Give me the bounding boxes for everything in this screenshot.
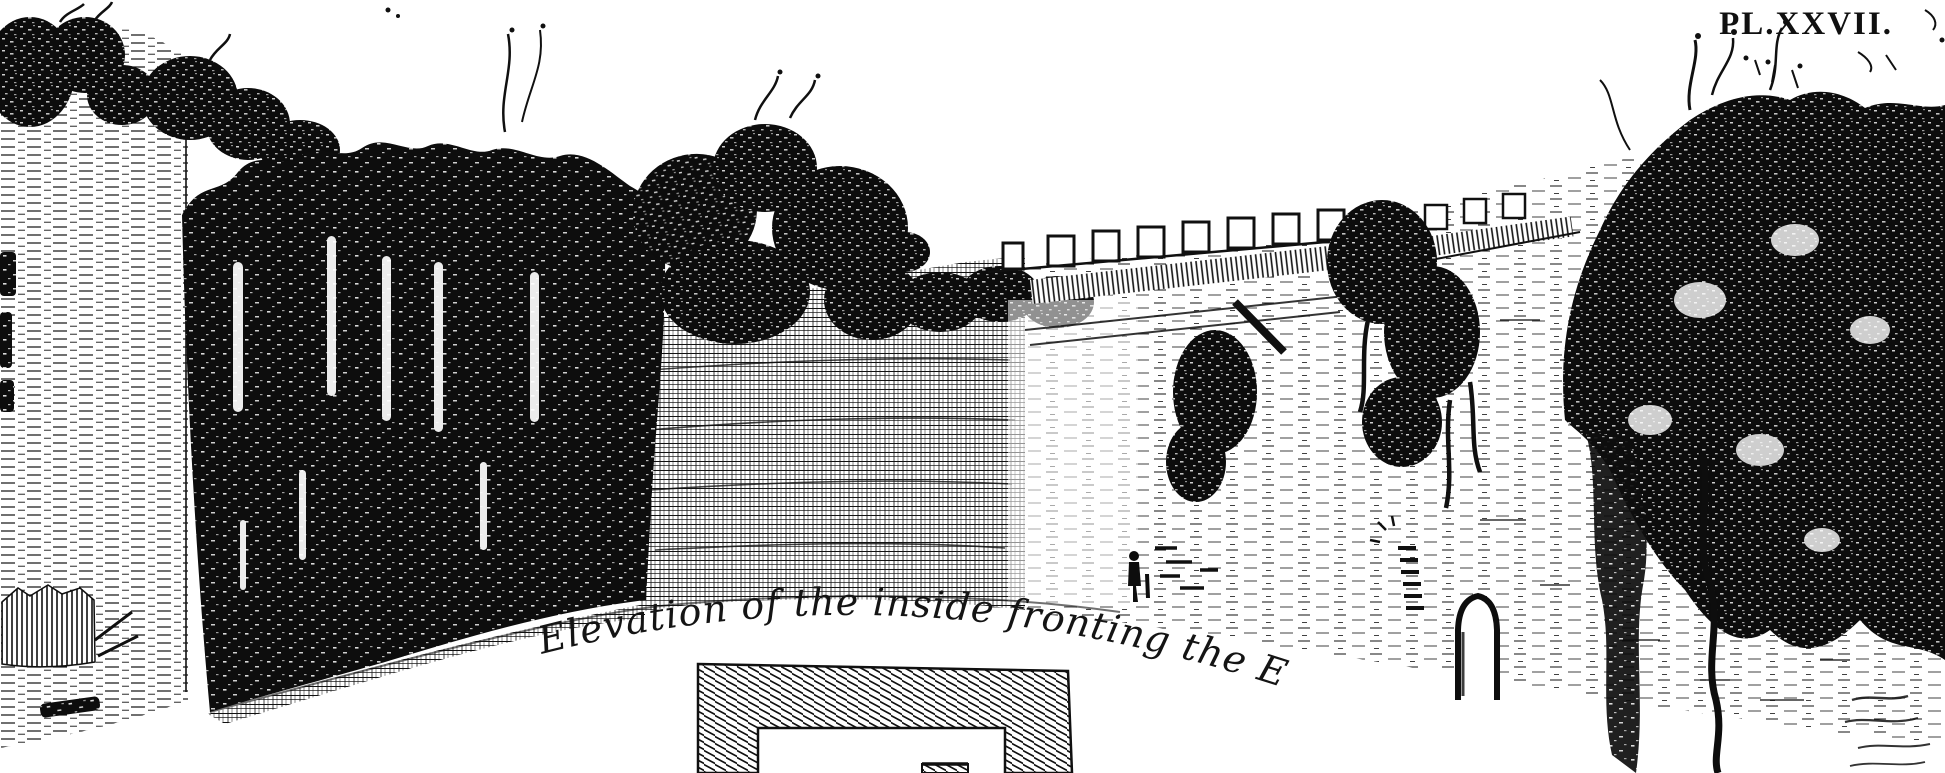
light-pier [1008, 300, 1138, 605]
engraving-plate-page: Elevation of the inside fronting the Ent… [0, 0, 1945, 773]
engraving-scene: Elevation of the inside fronting the Ent… [0, 0, 1945, 773]
plate-number: PL.XXVII. [1719, 6, 1893, 43]
arched-doorway [1458, 596, 1497, 700]
